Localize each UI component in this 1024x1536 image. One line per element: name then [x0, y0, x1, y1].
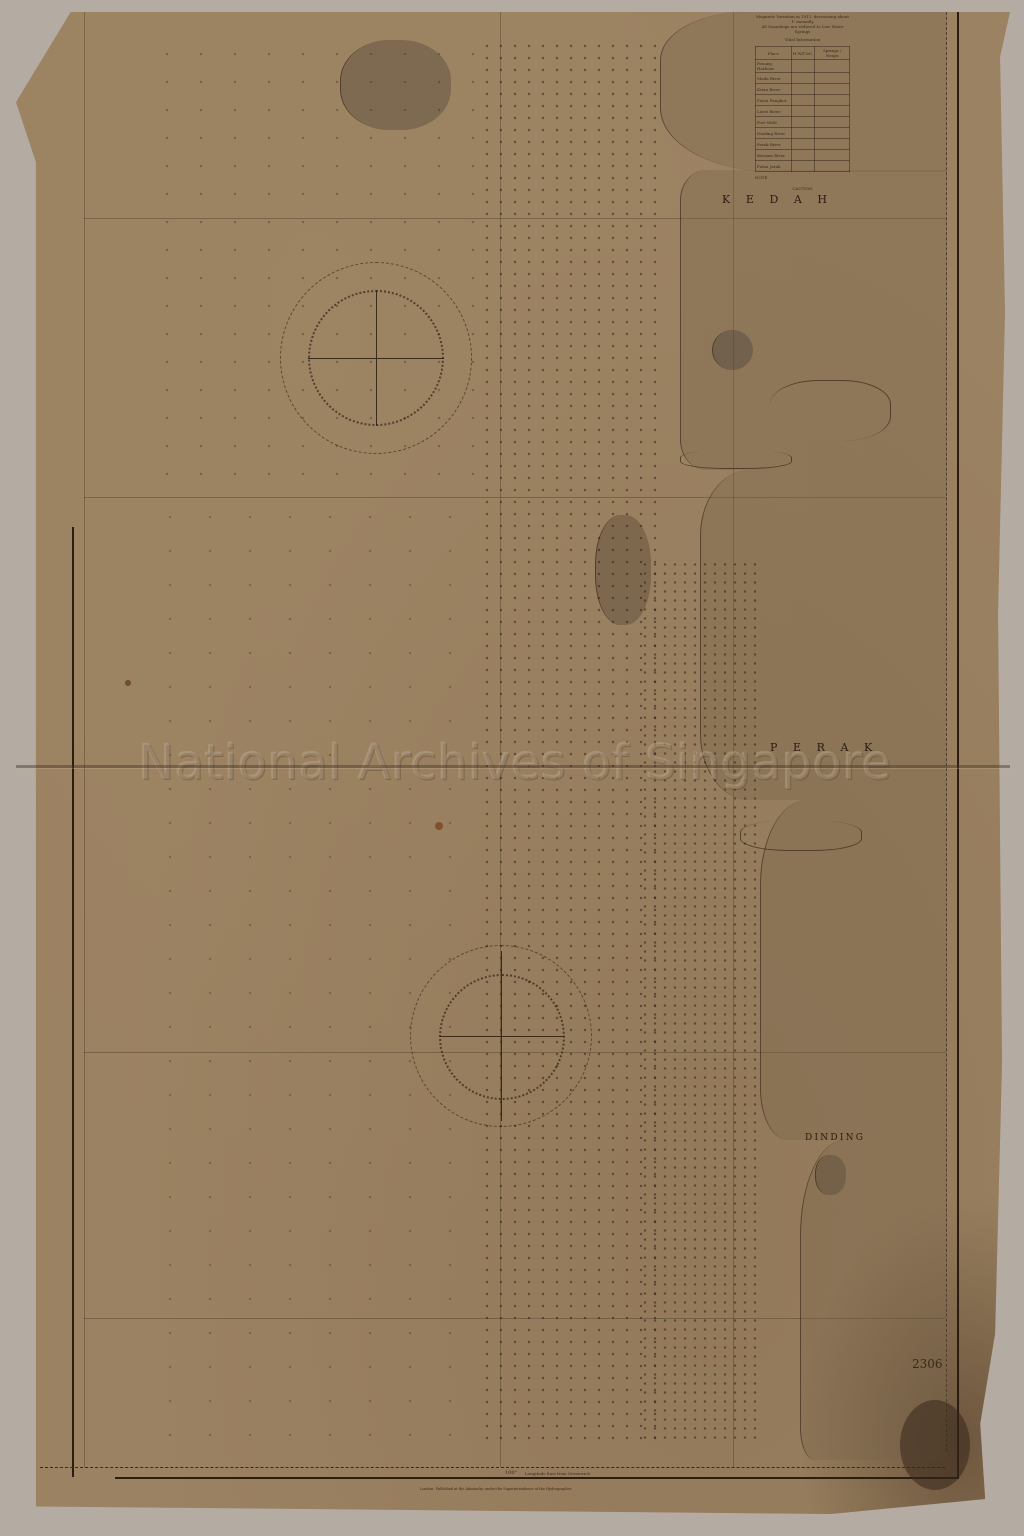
table-row: Larut River [756, 106, 850, 117]
imprint-line: London: Published at the Admiralty, unde… [420, 1487, 571, 1491]
region-label-perak: P E R A K [770, 741, 878, 754]
fold-crease [16, 765, 1010, 768]
table-row: Pulau Jarak [756, 161, 850, 172]
chart-number: 2306 [912, 1357, 943, 1371]
table-row: Dinding River [756, 128, 850, 139]
region-label-dinding: DINDING [805, 1133, 865, 1143]
table-row: Muda River [756, 73, 850, 84]
place-cell: Bernam River [756, 150, 792, 161]
table-row: Penang Harbour [756, 60, 850, 73]
table-row: Krian River [756, 84, 850, 95]
chart-border-left [72, 527, 74, 1477]
column-header: Springs / Neaps [815, 47, 850, 60]
place-cell: Pulau Jarak [756, 161, 792, 172]
note-label: NOTE [755, 175, 850, 180]
soundings-note: All Soundings are reduced to Low Water S… [755, 24, 850, 34]
place-cell: Port Weld [756, 117, 792, 128]
column-header: Place [756, 47, 792, 60]
place-cell: Muda River [756, 73, 792, 84]
water-damage [900, 1400, 970, 1490]
tidal-table-title: Tidal Information [755, 37, 850, 42]
table-row: Port Weld [756, 117, 850, 128]
river-perak [740, 820, 862, 851]
land-perak [760, 800, 947, 1140]
place-cell: Larut River [756, 106, 792, 117]
table-row: Pulau Pangkor [756, 95, 850, 106]
scale-caption: Longitude East from Greenwich [525, 1471, 590, 1476]
stain-mark [435, 822, 443, 830]
island-pangkor [815, 1155, 846, 1195]
caution-label: CAUTION [755, 186, 850, 191]
hill-feature [712, 330, 753, 370]
tidal-info-panel: Magnetic Variation in 1911, decreasing a… [755, 14, 850, 192]
tidal-table: Place H.W.F.&C. Springs / Neaps Penang H… [755, 46, 850, 172]
river-krian [680, 450, 792, 469]
longitude-scale [40, 1467, 945, 1471]
column-header: H.W.F.&C. [791, 47, 815, 60]
table-row: Perak River [756, 139, 850, 150]
soundings-field-coastal [480, 40, 660, 1440]
region-label-kedah: K E D A H [722, 193, 833, 206]
longitude-label: 100° [505, 1470, 517, 1476]
place-cell: Penang Harbour [756, 60, 792, 73]
place-cell: Krian River [756, 84, 792, 95]
meridian-line [84, 12, 85, 1467]
place-cell: Dinding River [756, 128, 792, 139]
stain-mark [125, 680, 131, 686]
river-inland [770, 380, 891, 441]
compass-rose-south [410, 945, 592, 1127]
place-cell: Perak River [756, 139, 792, 150]
magnetic-variation-note: Magnetic Variation in 1911, decreasing a… [755, 14, 850, 24]
compass-rose-north [280, 262, 472, 454]
soundings-field-shoal [640, 560, 760, 1440]
place-cell: Pulau Pangkor [756, 95, 792, 106]
table-row: Bernam River [756, 150, 850, 161]
